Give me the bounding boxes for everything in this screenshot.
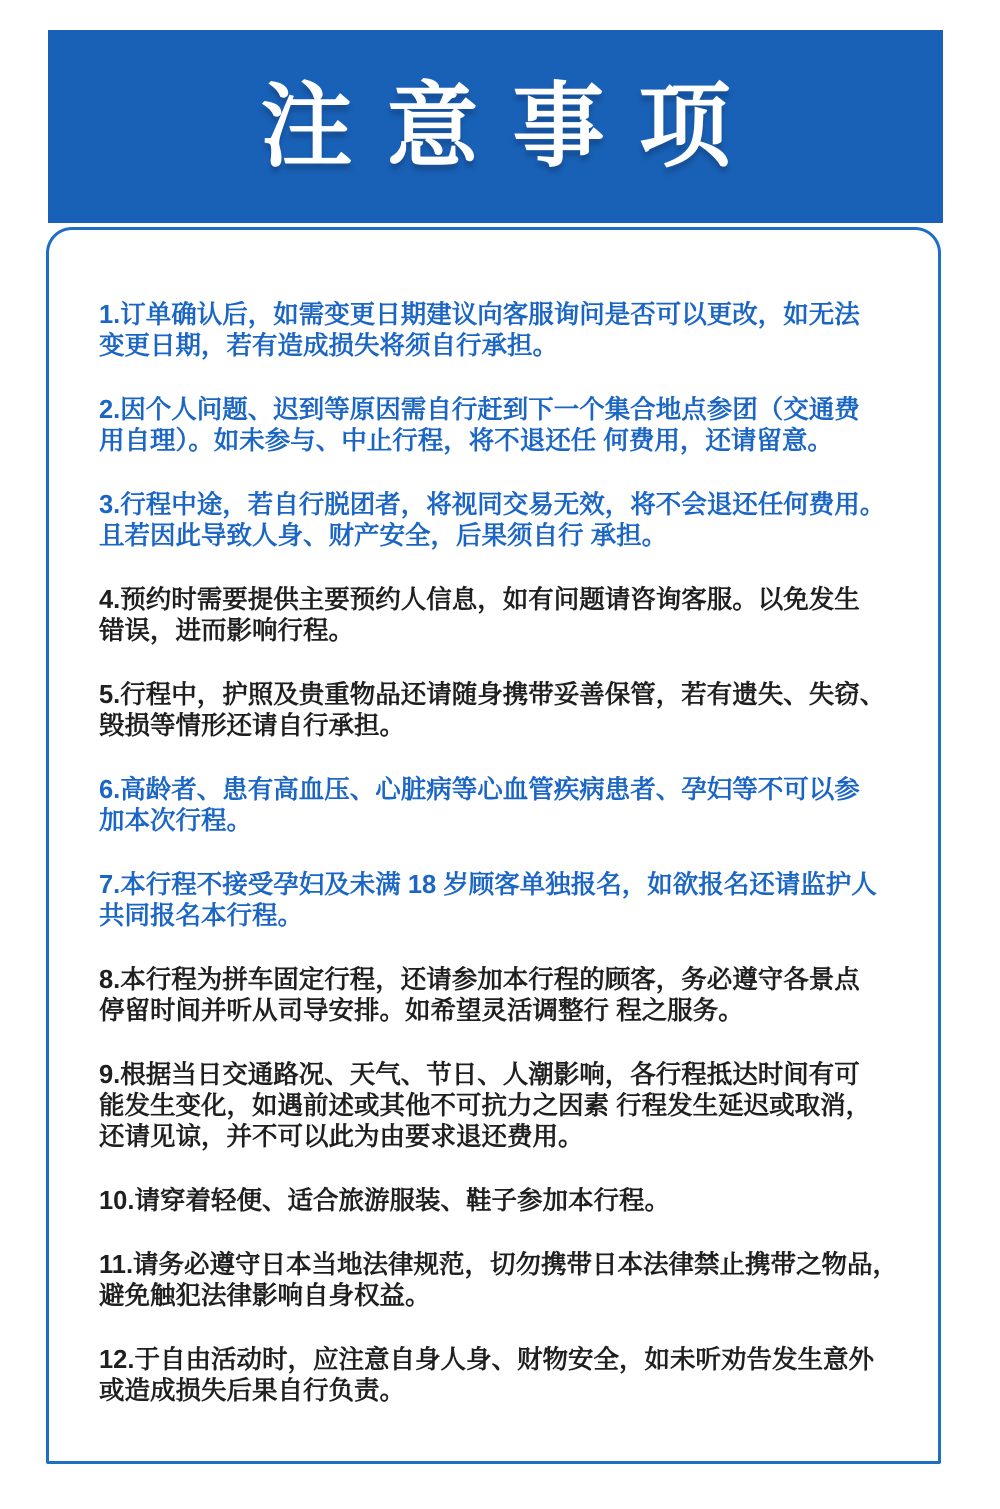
notice-item-11: 11.请务必遵守日本当地法律规范，切勿携带日本法律禁止携带之物品， 避免触犯法律… xyxy=(99,1250,928,1312)
notice-item-2: 2.因个人问题、迟到等原因需自行赶到下一个集合地点参团（交通费 用自理）。如未参… xyxy=(99,395,928,457)
notice-card: 1.订单确认后，如需变更日期建议向客服询问是否可以更改，如无法 变更日期，若有造… xyxy=(46,227,941,1464)
notice-item-4: 4.预约时需要提供主要预约人信息，如有问题请咨询客服。以免发生 错误，进而影响行… xyxy=(99,585,928,647)
notice-item-3: 3.行程中途，若自行脱团者，将视同交易无效，将不会退还任何费用。 且若因此导致人… xyxy=(99,490,928,552)
notice-item-1: 1.订单确认后，如需变更日期建议向客服询问是否可以更改，如无法 变更日期，若有造… xyxy=(99,300,928,362)
notice-header-banner: 注意事项 xyxy=(48,30,943,223)
notice-item-9: 9.根据当日交通路况、天气、节日、人潮影响，各行程抵达时间有可 能发生变化，如遇… xyxy=(99,1060,928,1153)
page-title: 注意事项 xyxy=(226,81,764,173)
notice-poster-page: 注意事项 1.订单确认后，如需变更日期建议向客服询问是否可以更改，如无法 变更日… xyxy=(0,0,1000,1509)
notice-item-5: 5.行程中，护照及贵重物品还请随身携带妥善保管，若有遗失、失窃、 毁损等情形还请… xyxy=(99,680,928,742)
notice-item-10: 10.请穿着轻便、适合旅游服装、鞋子参加本行程。 xyxy=(99,1186,928,1217)
notice-item-7: 7.本行程不接受孕妇及未满 18 岁顾客单独报名，如欲报名还请监护人 共同报名本… xyxy=(99,870,928,932)
notice-item-12: 12.于自由活动时，应注意自身人身、财物安全，如未听劝告发生意外 或造成损失后果… xyxy=(99,1345,928,1407)
notice-item-6: 6.高龄者、患有高血压、心脏病等心血管疾病患者、孕妇等不可以参 加本次行程。 xyxy=(99,775,928,837)
notice-item-8: 8.本行程为拼车固定行程，还请参加本行程的顾客，务必遵守各景点 停留时间并听从司… xyxy=(99,965,928,1027)
